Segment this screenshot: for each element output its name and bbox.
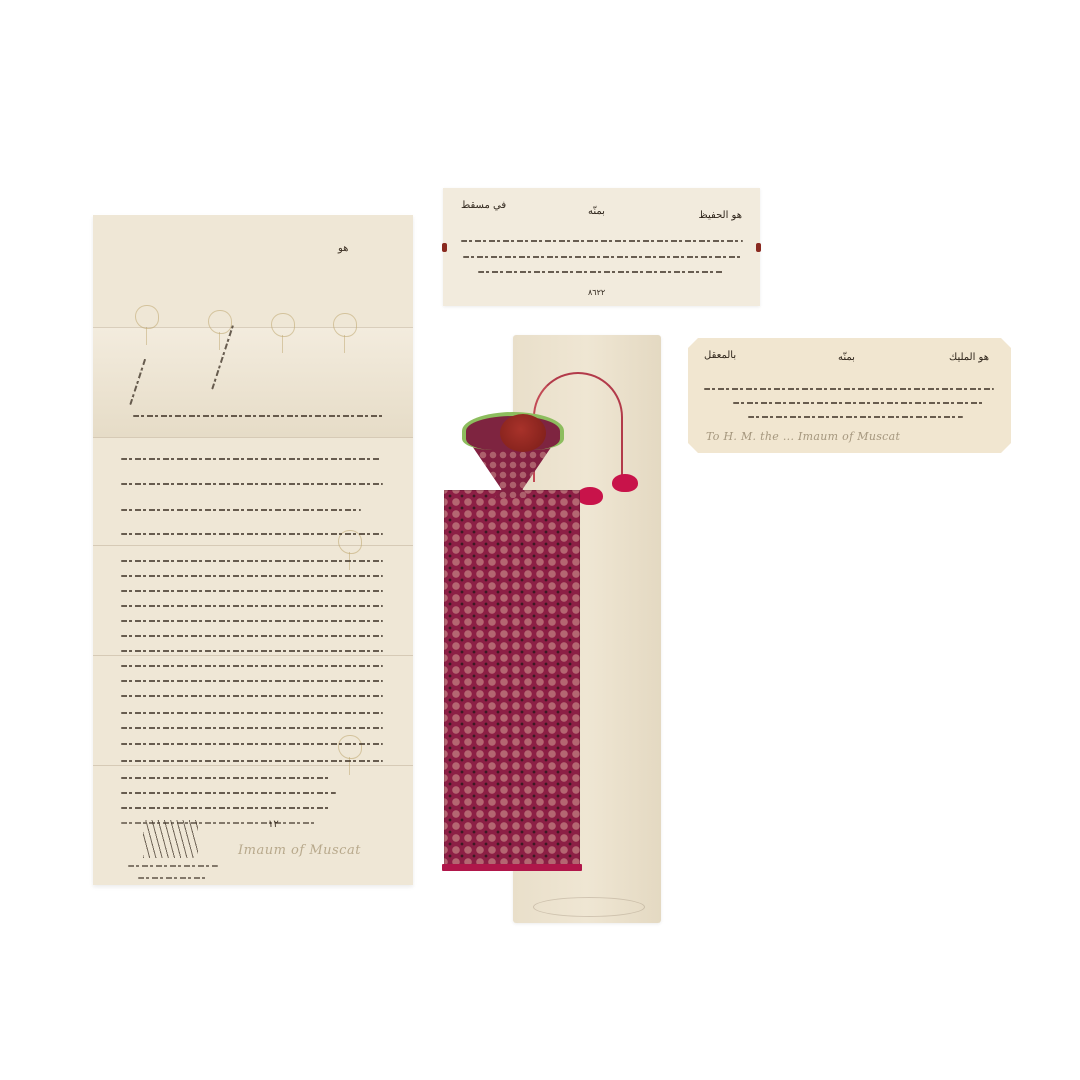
brocade-pouch [444,490,580,865]
script-line [121,727,383,729]
script-line [461,240,743,242]
header-left: بالمعقل [704,350,736,361]
script-line [704,388,994,390]
pin-mark [756,243,761,252]
tughra-seal [143,820,198,858]
date-numeral: ١٢ [268,819,279,830]
script-line [121,760,383,762]
wax-seal-icon [500,414,546,452]
fold-line [93,655,413,656]
script-line [121,777,331,779]
reference-number: ٨٦٢٢ [588,288,605,297]
header-center: بمنّه [838,352,855,363]
english-annotation: To H. M. the ... Imaum of Muscat [706,430,900,443]
short-letter-right: هو المليك بمنّه بالمعقل To H. M. the ...… [688,338,1011,453]
tassel-icon [577,487,603,505]
script-line [463,256,741,258]
gilt-flower-icon [338,735,362,759]
header-left: في مسقط [461,200,506,211]
fold-line [93,437,413,438]
script-line [121,605,383,607]
script-line [121,743,383,745]
script-line [748,416,963,418]
fold-line [93,765,413,766]
script-line [121,712,383,714]
script-line [133,415,383,417]
script-line [121,650,383,652]
short-letter-top: هو الحفيظ بمنّه في مسقط ٨٦٢٢ [443,188,760,306]
gilt-flower-icon [333,313,357,337]
folded-letter: هو ١٢ Imaum of Muscat [93,215,413,885]
script-line [121,620,383,622]
script-line [478,271,723,273]
script-line [733,402,983,404]
gilt-flower-icon [208,310,232,334]
script-line [121,575,383,577]
header-center: بمنّه [588,206,605,217]
script-line [121,590,383,592]
script-line [128,865,218,867]
gilt-flower-icon [271,313,295,337]
script-line [121,680,383,682]
envelope-inscription [533,897,645,917]
english-signature: Imaum of Muscat [238,843,361,858]
script-line [121,695,383,697]
pouch-fringe [442,864,582,871]
script-line [121,458,381,460]
fold-shadow [93,327,413,437]
pin-mark [442,243,447,252]
gilt-flower-icon [135,305,159,329]
header-right: هو المليك [949,352,989,363]
script-line [121,665,383,667]
script-line [121,533,383,535]
script-line [121,807,331,809]
fold-line [93,545,413,546]
script-line [121,509,361,511]
script-line [121,483,383,485]
script-line [121,560,383,562]
header-right: هو الحفيظ [699,210,742,221]
invocation-text: هو [338,243,348,254]
tassel-icon [612,474,638,492]
script-line [121,792,336,794]
script-line [138,877,208,879]
script-line [121,635,383,637]
